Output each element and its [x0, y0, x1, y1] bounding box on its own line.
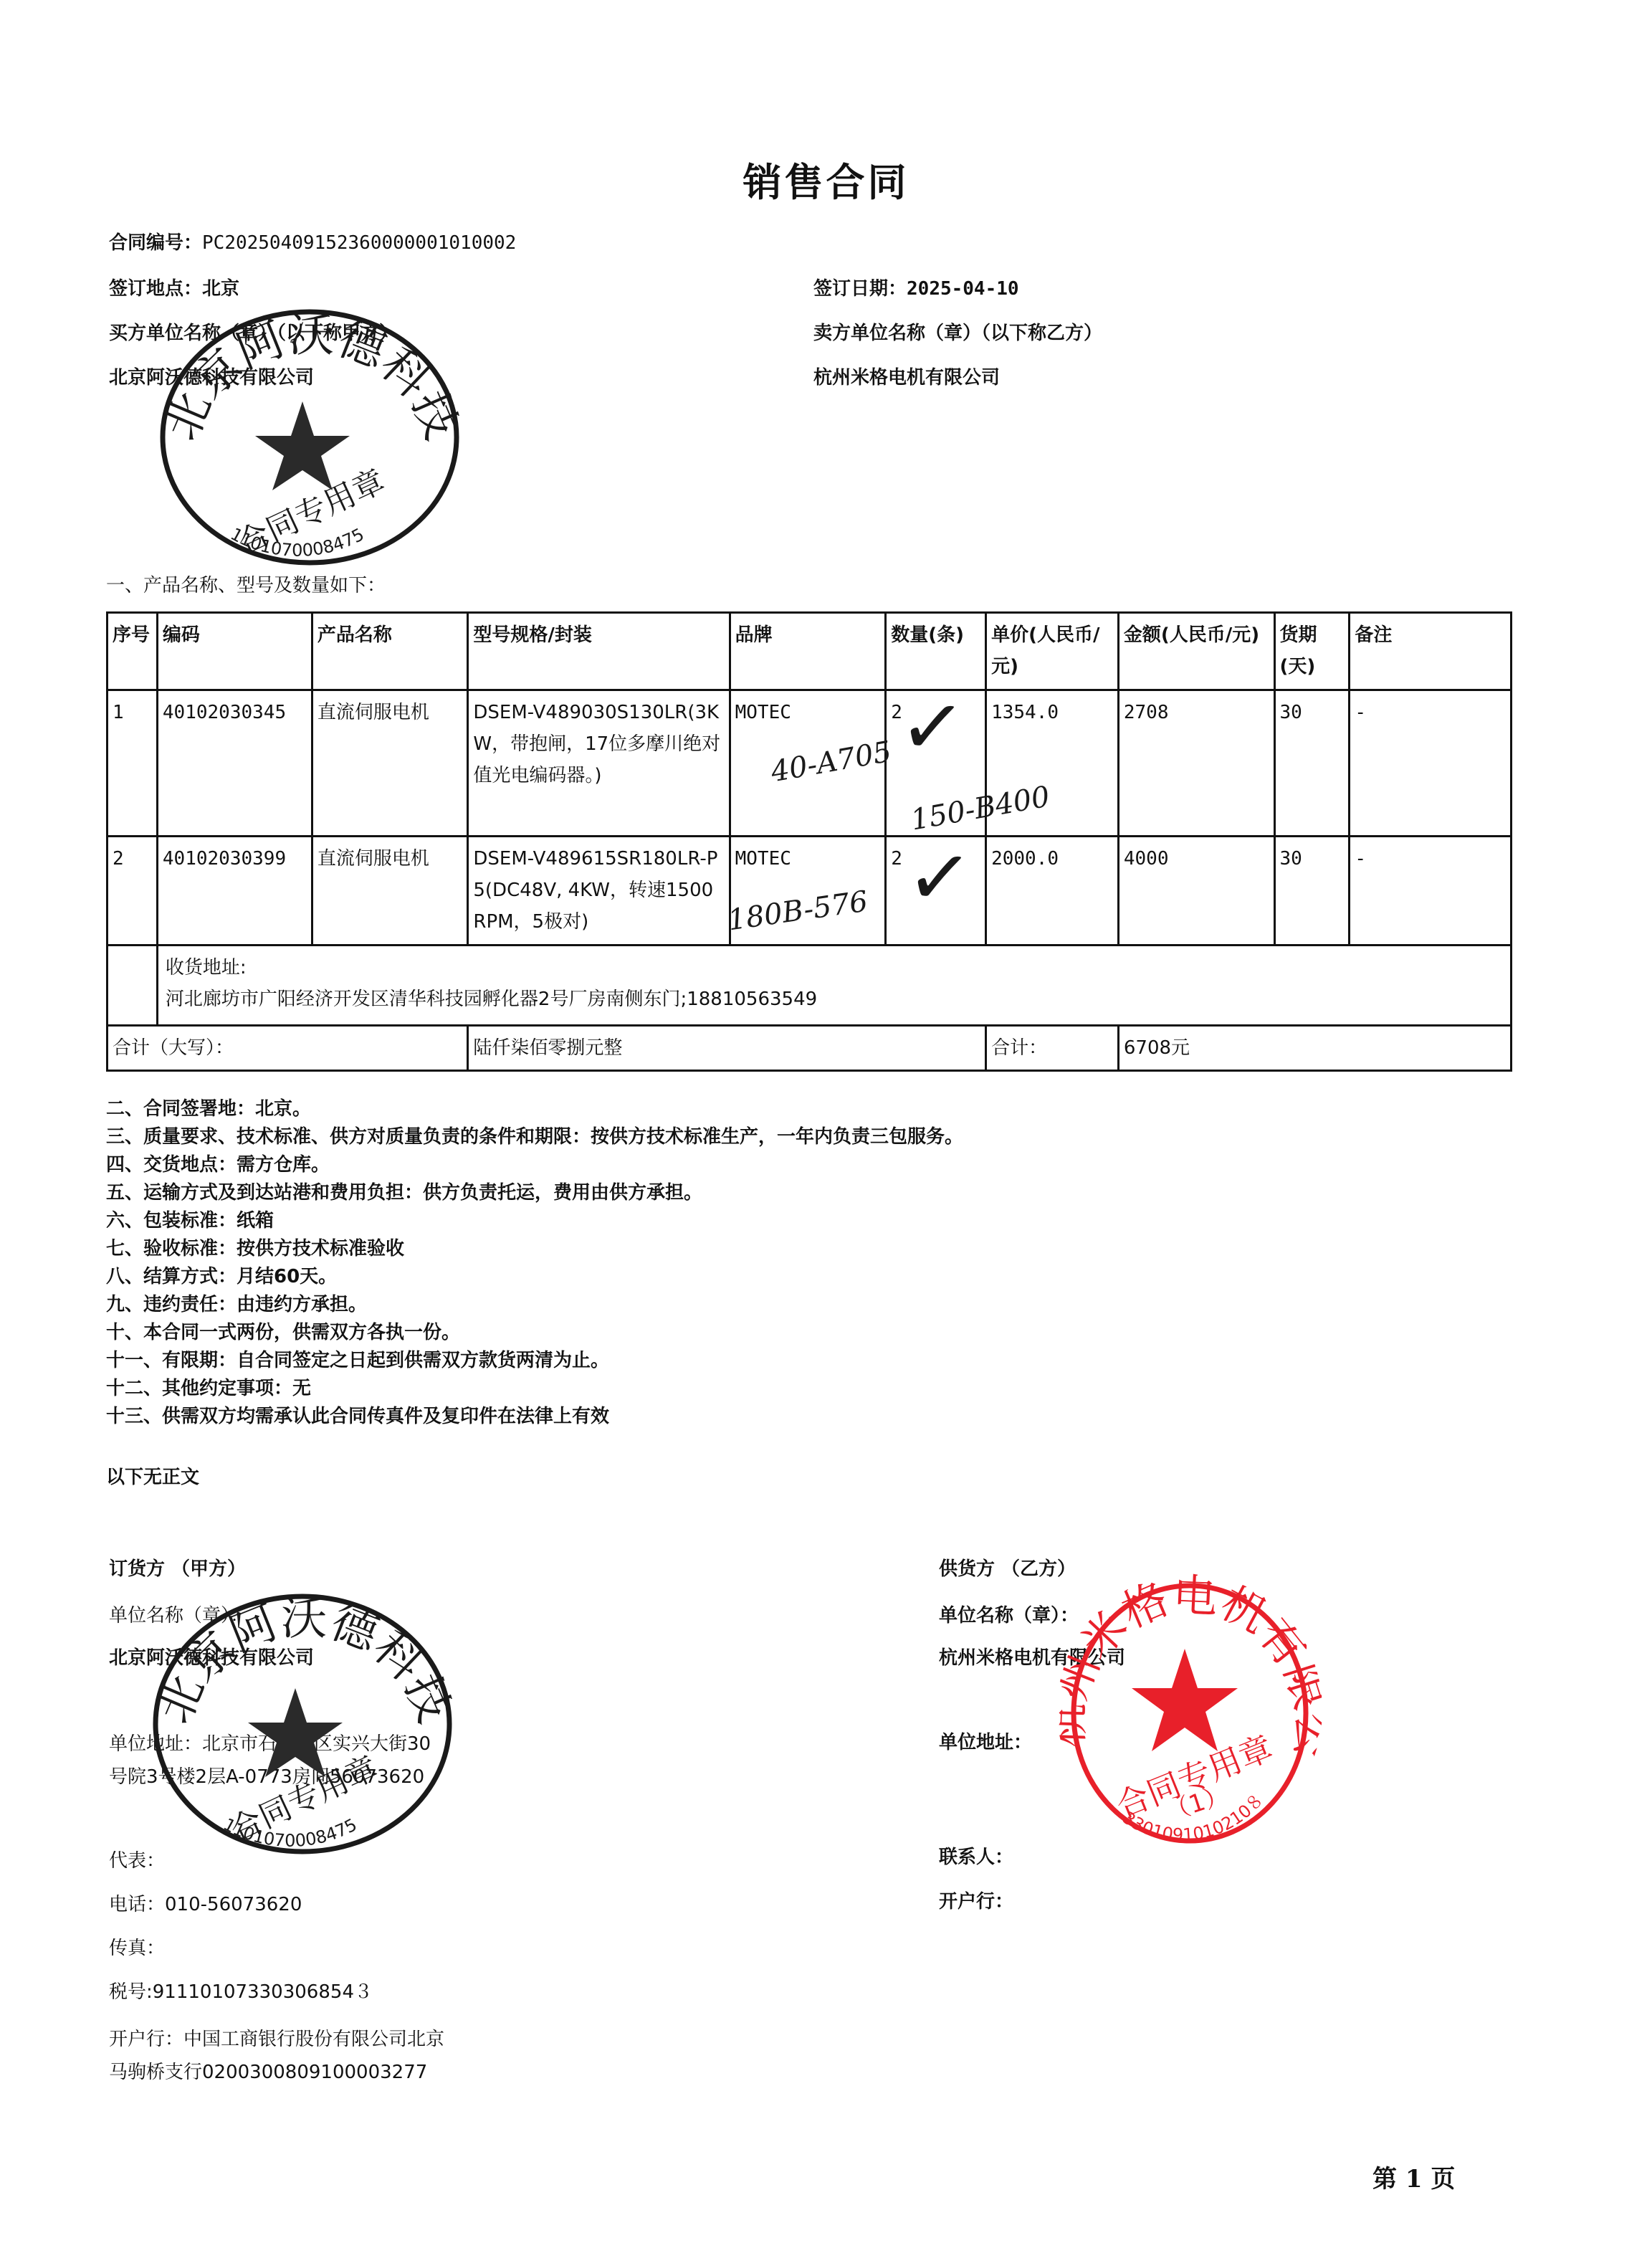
cell-no: 1 — [108, 690, 158, 837]
sign-place-label: 签订地点： — [109, 278, 202, 300]
check-mark-icon: ✓ — [896, 678, 970, 776]
cell-code: 40102030399 — [157, 837, 312, 946]
total-upper-label: 合计（大写）： — [108, 1026, 468, 1071]
buyer-label: 买方单位名称（章）（以下称甲方） — [109, 318, 398, 345]
col-header-amount: 金额(人民币/元) — [1118, 613, 1274, 690]
document-title: 销售合同 — [0, 152, 1652, 207]
contract-number: 合同编号：PC20250409152360000001010002 — [109, 228, 516, 254]
buyer-tax-value: 91110107330306854３ — [153, 1981, 373, 2003]
sign-date-value: 2025-04-10 — [907, 278, 1019, 300]
term-item: 七、验收标准：按供方技术标准验收 — [106, 1235, 963, 1263]
cell-spec: DSEM-V489615SR180LR-P5(DC48V, 4KW，转速1500… — [468, 837, 730, 946]
term-item: 十二、其他约定事项：无 — [106, 1375, 963, 1403]
cell-no: 2 — [108, 837, 158, 946]
term-item: 八、结算方式：月结60天。 — [106, 1263, 963, 1291]
sign-place: 签订地点：北京 — [109, 274, 239, 300]
term-item: 四、交货地点：需方仓库。 — [106, 1151, 963, 1179]
col-header-lead: 货期(天) — [1274, 613, 1350, 690]
buyer-fax-label: 传真： — [109, 1933, 165, 1960]
cell-name: 直流伺服电机 — [312, 837, 468, 946]
sign-date-label: 签订日期： — [813, 278, 907, 300]
buyer-tax: 税号:91110107330306854３ — [109, 1977, 373, 2004]
delivery-address: 河北廊坊市广阳经济开发区清华科技园孵化器2号厂房南侧东门;18810563549 — [166, 983, 1506, 1015]
cell-amount: 4000 — [1118, 837, 1274, 946]
contract-number-value: PC20250409152360000001010002 — [202, 232, 516, 254]
col-header-code: 编码 — [157, 613, 312, 690]
check-mark-icon: ✓ — [903, 829, 977, 926]
seller-contact-label: 联系人： — [939, 1842, 1013, 1869]
delivery-cell: 收货地址: 河北廊坊市广阳经济开发区清华科技园孵化器2号厂房南侧东门;18810… — [157, 946, 1511, 1026]
seller-heading: 供货方 （乙方） — [939, 1554, 1076, 1581]
buyer-rep-label: 代表： — [109, 1846, 165, 1872]
col-header-remark: 备注 — [1350, 613, 1512, 690]
buyer-address: 单位地址：北京市石景山区实兴大街30号院3号楼2层A-0773房间5607362… — [109, 1728, 446, 1794]
term-item: 十一、有限期：自合同签定之日起到供需双方款货两清为止。 — [106, 1347, 963, 1375]
table-header-row: 序号 编码 产品名称 型号规格/封装 品牌 数量(条) 单价(人民币/元) 金额… — [108, 613, 1512, 690]
total-upper-value: 陆仟柒佰零捌元整 — [468, 1026, 986, 1071]
seller-address-label: 单位地址： — [939, 1728, 1032, 1754]
sign-place-value: 北京 — [202, 278, 239, 300]
col-header-brand: 品牌 — [730, 613, 886, 690]
buyer-bank-label: 开户行： — [109, 2029, 183, 2050]
buyer-heading: 订货方 （甲方） — [109, 1554, 246, 1581]
seal-subtext: （1） — [1162, 1780, 1233, 1827]
term-item: 十、本合同一式两份，供需双方各执一份。 — [106, 1319, 963, 1347]
cell-remark: - — [1350, 837, 1512, 946]
term-item: 十三、供需双方均需承认此合同传真件及复印件在法律上有效 — [106, 1403, 963, 1431]
seller-unit-name: 杭州米格电机有限公司 — [939, 1643, 1125, 1670]
col-header-spec: 型号规格/封装 — [468, 613, 730, 690]
buyer-address-label: 单位地址： — [109, 1733, 202, 1755]
term-item: 六、包装标准：纸箱 — [106, 1207, 963, 1235]
seller-label: 卖方单位名称（章）（以下称乙方） — [813, 318, 1102, 345]
svg-text:1101070008475: 1101070008475 — [220, 1814, 361, 1851]
term-item: 九、违约责任：由违约方承担。 — [106, 1291, 963, 1319]
seal-code: 3301091010210８ — [1119, 1789, 1268, 1845]
seller-name: 杭州米格电机有限公司 — [813, 363, 1000, 389]
section-1-title: 一、产品名称、型号及数量如下： — [106, 571, 386, 597]
col-header-qty: 数量(条) — [886, 613, 986, 690]
col-header-price: 单价(人民币/元) — [986, 613, 1119, 690]
svg-text:1101070008475: 1101070008475 — [227, 524, 368, 561]
cell-remark: - — [1350, 690, 1512, 837]
col-header-name: 产品名称 — [312, 613, 468, 690]
seller-bank-label: 开户行： — [939, 1887, 1013, 1913]
total-value: 6708元 — [1118, 1026, 1511, 1071]
seller-unit-name-label: 单位名称（章）： — [939, 1601, 1079, 1627]
cell-name: 直流伺服电机 — [312, 690, 468, 837]
cell-code: 40102030345 — [157, 690, 312, 837]
total-row: 合计（大写）： 陆仟柒佰零捌元整 合计： 6708元 — [108, 1026, 1512, 1071]
seal-subtext: 合同专用章 — [1111, 1728, 1278, 1826]
contract-terms: 二、合同签署地：北京。 三、质量要求、技术标准、供方对质量负责的条件和期限：按供… — [106, 1095, 963, 1431]
table-row: 2 40102030399 直流伺服电机 DSEM-V489615SR180LR… — [108, 837, 1512, 946]
delivery-row: 收货地址: 河北廊坊市广阳经济开发区清华科技园孵化器2号厂房南侧东门;18810… — [108, 946, 1512, 1026]
seal-subtext: 合同专用章 — [232, 462, 391, 562]
page-number: 第 1 页 — [1372, 2159, 1455, 2194]
buyer-tax-label: 税号: — [109, 1981, 153, 2003]
col-header-no: 序号 — [108, 613, 158, 690]
cell-lead: 30 — [1274, 837, 1350, 946]
buyer-phone-value: 010-56073620 — [165, 1894, 302, 1915]
cell-spec: DSEM-V489030S130LR(3KW，带抱闸，17位多摩川绝对值光电编码… — [468, 690, 730, 837]
cell-price: 2000.0 — [986, 837, 1119, 946]
buyer-unit-name-label: 单位名称（章）： — [109, 1601, 249, 1627]
buyer-phone-label: 电话： — [109, 1894, 165, 1915]
term-item: 五、运输方式及到达站港和费用负担：供方负责托运，费用由供方承担。 — [106, 1179, 963, 1207]
seal-code: 1101070008475 — [227, 524, 368, 561]
seller-company-seal: 杭州米格电机有限公司 合同专用章 （1） 3301091010210８ — [1057, 1573, 1322, 1846]
buyer-phone: 电话：010-56073620 — [109, 1890, 302, 1916]
term-item: 三、质量要求、技术标准、供方对质量负责的条件和期限：按供方技术标准生产，一年内负… — [106, 1123, 963, 1151]
buyer-name: 北京阿沃德科技有限公司 — [109, 363, 314, 389]
items-table: 序号 编码 产品名称 型号规格/封装 品牌 数量(条) 单价(人民币/元) 金额… — [106, 611, 1512, 1072]
buyer-bank: 开户行：中国工商银行股份有限公司北京马驹桥支行02003008091000032… — [109, 2023, 446, 2089]
cell-lead: 30 — [1274, 690, 1350, 837]
sign-date: 签订日期：2025-04-10 — [813, 274, 1019, 300]
end-note: 以下无正文 — [106, 1462, 199, 1489]
cell-amount: 2708 — [1118, 690, 1274, 837]
total-label: 合计： — [986, 1026, 1119, 1071]
delivery-label: 收货地址: — [166, 952, 1506, 983]
term-item: 二、合同签署地：北京。 — [106, 1095, 963, 1123]
contract-number-label: 合同编号： — [109, 232, 202, 254]
buyer-unit-name: 北京阿沃德科技有限公司 — [109, 1643, 314, 1670]
seal-code: 1101070008475 — [220, 1814, 361, 1851]
svg-text:3301091010210８: 3301091010210８ — [1119, 1789, 1268, 1845]
